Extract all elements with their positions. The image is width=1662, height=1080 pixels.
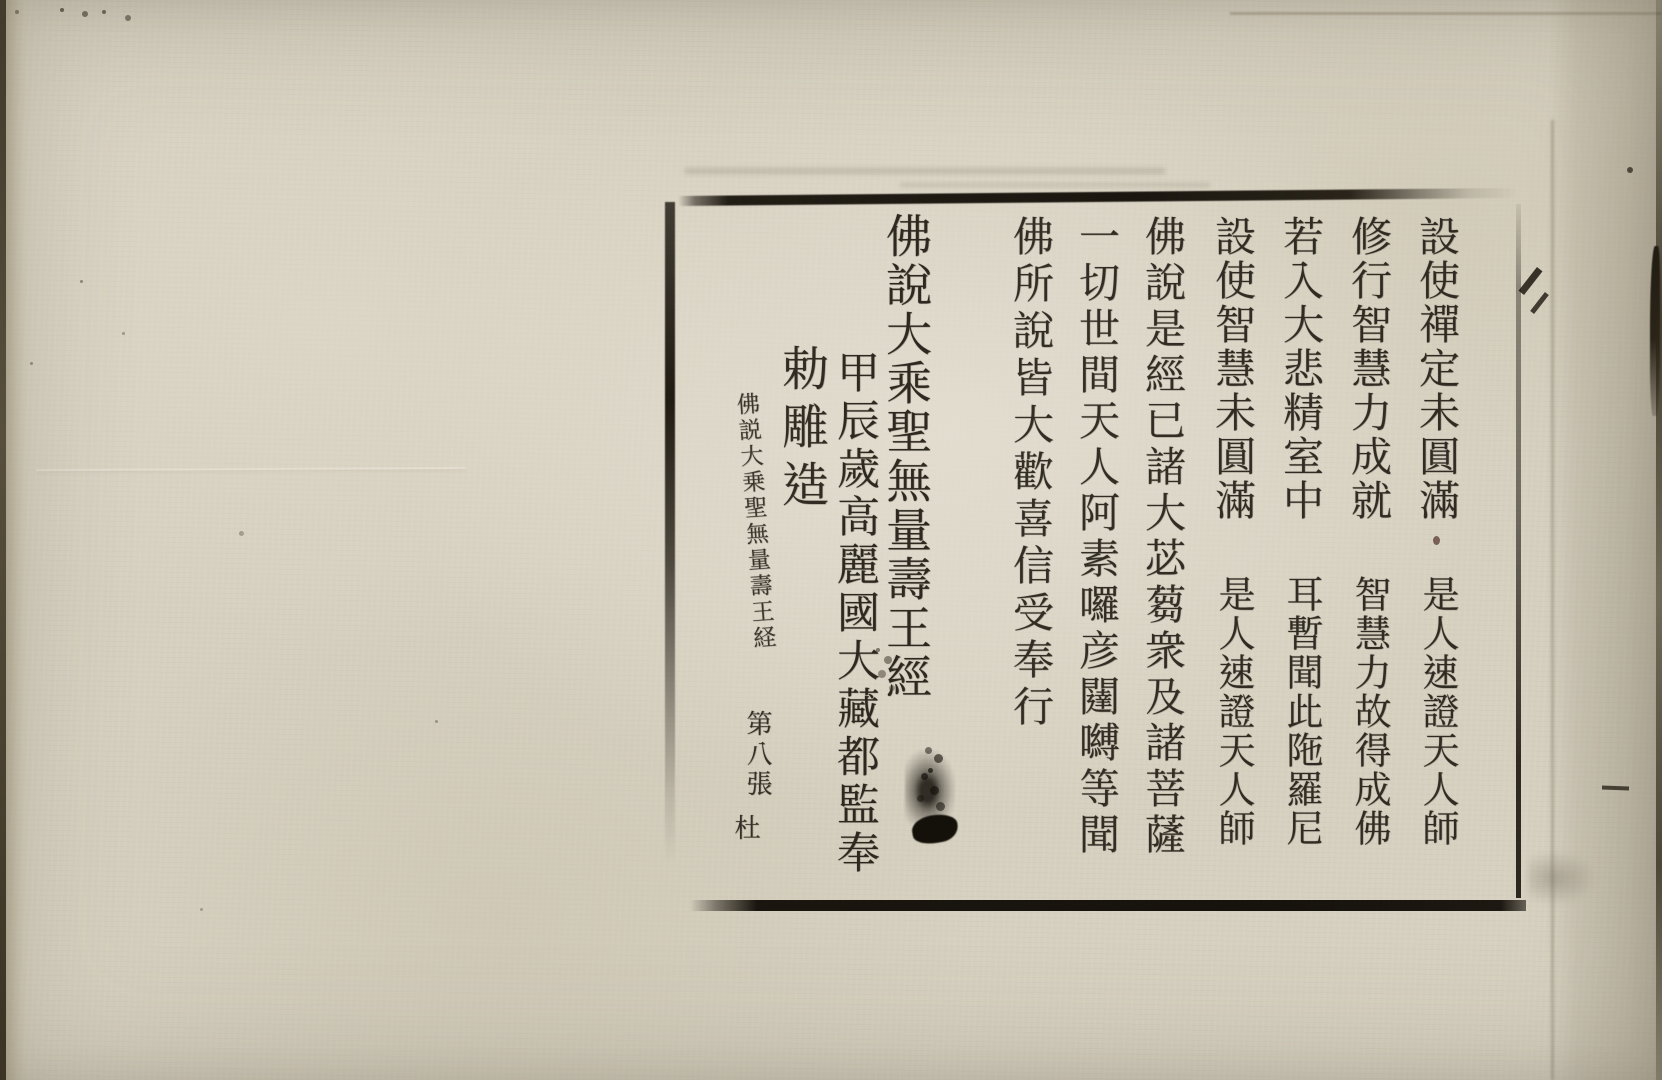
verse-3-lower: 耳暫聞此陁羅尼 xyxy=(1280,575,1321,848)
ink-blot-dots xyxy=(928,768,933,773)
verse-2-lower: 智慧力故得成佛 xyxy=(1348,575,1389,848)
page-edge-left-band xyxy=(6,0,26,1080)
frame-ghost-impression-2 xyxy=(900,183,1210,187)
verse-column-2: 修行智慧力成就智慧力故得成佛 xyxy=(1347,215,1388,848)
paper-specks-top xyxy=(60,8,64,12)
verse-column-3: 若入大悲精室中耳暫聞此陁羅尼 xyxy=(1279,215,1320,848)
page-top-edge xyxy=(1230,12,1662,15)
corner-smudge xyxy=(1528,852,1594,904)
verse-4-lower: 是人速證天人師 xyxy=(1212,575,1253,848)
collation-mark: 杜 xyxy=(732,814,758,840)
scanned-sutra-page: 設使禪定未圓滿是人速證天人師 修行智慧力成就智慧力故得成佛 若入大悲精室中耳暫聞… xyxy=(0,0,1662,1080)
sheet-number: 第八張 xyxy=(744,710,770,800)
paper-fold-line xyxy=(36,467,466,471)
verse-1-upper: 設使禪定未圓滿 xyxy=(1413,215,1459,523)
colophon-decree-column: 勅雕造 xyxy=(777,344,824,518)
ink-speck-cluster xyxy=(876,648,880,652)
page-right-shading xyxy=(1548,0,1662,1080)
frame-border-top xyxy=(678,188,1518,206)
verse-1-lower: 是人速證天人師 xyxy=(1416,575,1457,848)
verse-2-upper: 修行智慧力成就 xyxy=(1345,215,1391,523)
ink-blot-speckle xyxy=(905,750,955,824)
colophon-date-column: 甲辰歲高麗國大藏都監奉 xyxy=(833,350,876,878)
margin-title-column: 佛説大乗聖無量壽王経 xyxy=(734,391,775,652)
paper-specks-left xyxy=(80,280,83,283)
paper-crease xyxy=(1551,120,1554,1080)
page-edge-right xyxy=(1656,0,1662,1080)
small-dot-mark xyxy=(1433,536,1440,545)
closing-column-3: 佛所說皆大歡喜信受奉行 xyxy=(1009,215,1050,732)
closing-column-1: 佛說是經已諸大苾蒭衆及諸菩薩 xyxy=(1141,215,1182,859)
ink-mark-right-edge xyxy=(1650,246,1660,416)
verse-column-1: 設使禪定未圓滿是人速證天人師 xyxy=(1415,215,1456,848)
frame-ghost-impression xyxy=(685,168,1165,174)
closing-column-2: 一切世間天人阿素囉彦闥嚩等聞 xyxy=(1075,215,1116,859)
frame-border-right xyxy=(1516,204,1521,898)
verse-column-4: 設使智慧未圓滿是人速證天人師 xyxy=(1211,215,1252,848)
print-frame: 設使禪定未圓滿是人速證天人師 修行智慧力成就智慧力故得成佛 若入大悲精室中耳暫聞… xyxy=(660,192,1526,908)
diagonal-ink-mark-2 xyxy=(1530,292,1549,314)
verse-3-upper: 若入大悲精室中 xyxy=(1277,215,1323,523)
end-title-column: 佛說大乘聖無量壽王經 xyxy=(882,212,928,702)
frame-border-left xyxy=(665,202,675,862)
frame-border-bottom xyxy=(690,900,1526,911)
edge-speck xyxy=(1627,167,1633,173)
verse-4-upper: 設使智慧未圓滿 xyxy=(1209,215,1255,523)
